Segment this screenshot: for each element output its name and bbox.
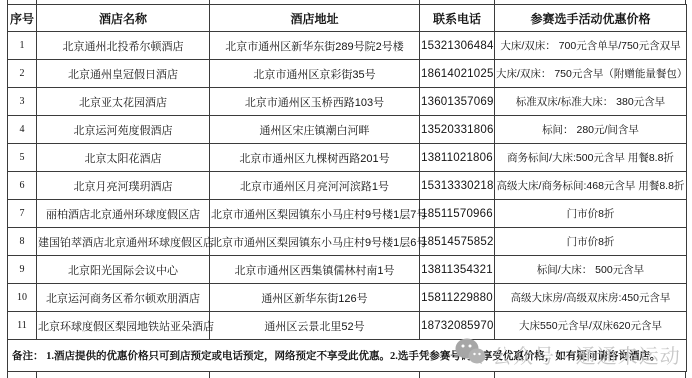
table-gridline-sliver: [36, 372, 37, 378]
cell-serial: 9: [8, 256, 37, 284]
table-row: 7丽柏酒店北京通州环球度假区店北京市通州区梨园镇东小马庄村9号楼1层7号1851…: [8, 200, 687, 228]
cell-phone: 13811021806: [420, 144, 495, 172]
table-row: 10北京运河商务区希尔顿欢朋酒店通州区新华东街126号15811229880高级…: [8, 284, 687, 312]
note-row: 备注： 1.酒店提供的优惠价格只可到店预定或电话预定，网络预定不享受此优惠。2.…: [8, 340, 687, 372]
table-body: 1北京通州北投希尔顿酒店北京市通州区新华东街289号院2号楼1532130648…: [8, 32, 687, 340]
cell-hotel-name: 北京太阳花酒店: [37, 144, 210, 172]
note-text: 备注： 1.酒店提供的优惠价格只可到店预定或电话预定，网络预定不享受此优惠。2.…: [8, 340, 687, 372]
cell-price: 标间： 280元/间含早: [495, 116, 687, 144]
cell-price: 大床/双床： 750元含早（附赠能量餐包）: [495, 60, 687, 88]
cell-address: 通州区宋庄镇潮白河畔: [210, 116, 420, 144]
cell-address: 北京市通州区玉桥西路103号: [210, 88, 420, 116]
cell-phone: 15811229880: [420, 284, 495, 312]
cell-phone: 13601357069: [420, 88, 495, 116]
cell-phone: 15321306484: [420, 32, 495, 60]
table-row: 6北京月亮河璞玥酒店北京市通州区月亮河河滨路1号15313330218高级大床/…: [8, 172, 687, 200]
cell-hotel-name: 北京月亮河璞玥酒店: [37, 172, 210, 200]
cell-hotel-name: 北京亚太花园酒店: [37, 88, 210, 116]
cell-address: 北京市通州区新华东街289号院2号楼: [210, 32, 420, 60]
table-row: 9北京阳光国际会议中心北京市通州区西集镇儒林村南1号13811354321标间/…: [8, 256, 687, 284]
cell-price: 大床550元含早/双床620元含早: [495, 312, 687, 340]
cell-hotel-name: 北京阳光国际会议中心: [37, 256, 210, 284]
header-row: 序号 酒店名称 酒店地址 联系电话 参赛选手活动优惠价格: [8, 5, 687, 32]
cell-price: 高级大床房/高级双床房:450元含早: [495, 284, 687, 312]
cell-hotel-name: 北京通州北投希尔顿酒店: [37, 32, 210, 60]
table-row: 5北京太阳花酒店北京市通州区九棵树西路201号13811021806商务标间/大…: [8, 144, 687, 172]
table-row: 3北京亚太花园酒店北京市通州区玉桥西路103号13601357069标准双床/标…: [8, 88, 687, 116]
table-row: 4北京运河苑度假酒店通州区宋庄镇潮白河畔13520331806标间： 280元/…: [8, 116, 687, 144]
table-row: 1北京通州北投希尔顿酒店北京市通州区新华东街289号院2号楼1532130648…: [8, 32, 687, 60]
cell-address: 北京市通州区西集镇儒林村南1号: [210, 256, 420, 284]
cell-serial: 3: [8, 88, 37, 116]
cell-price: 标间/大床： 500元含早: [495, 256, 687, 284]
table-gridline-sliver: [419, 372, 420, 378]
cell-hotel-name: 北京运河商务区希尔顿欢朋酒店: [37, 284, 210, 312]
header-serial: 序号: [8, 5, 37, 32]
cell-phone: 13811354321: [420, 256, 495, 284]
table-gridline-sliver: [209, 372, 210, 378]
header-address: 酒店地址: [210, 5, 420, 32]
cell-address: 北京市通州区九棵树西路201号: [210, 144, 420, 172]
header-phone: 联系电话: [420, 5, 495, 32]
cell-hotel-name: 建国铂萃酒店北京通州环球度假区店: [37, 228, 210, 256]
header-name: 酒店名称: [37, 5, 210, 32]
cell-price: 大床/双床： 700元含单早/750元含双早: [495, 32, 687, 60]
cell-hotel-name: 丽柏酒店北京通州环球度假区店: [37, 200, 210, 228]
cell-hotel-name: 北京运河苑度假酒店: [37, 116, 210, 144]
cell-phone: 18732085970: [420, 312, 495, 340]
cell-address: 通州区新华东街126号: [210, 284, 420, 312]
cell-price: 高级大床/商务标间:468元含早 用餐8.8折: [495, 172, 687, 200]
cell-serial: 7: [8, 200, 37, 228]
table-row: 2北京通州皇冠假日酒店北京市通州区京彩街35号18614021025大床/双床：…: [8, 60, 687, 88]
cell-serial: 6: [8, 172, 37, 200]
header-price: 参赛选手活动优惠价格: [495, 5, 687, 32]
cell-serial: 2: [8, 60, 37, 88]
cell-serial: 11: [8, 312, 37, 340]
cell-address: 北京市通州区梨园镇东小马庄村9号楼1层7号: [210, 200, 420, 228]
cell-price: 商务标间/大床:500元含早 用餐8.8折: [495, 144, 687, 172]
cell-serial: 8: [8, 228, 37, 256]
cell-phone: 15313330218: [420, 172, 495, 200]
cell-phone: 18514575852: [420, 228, 495, 256]
cell-address: 北京市通州区京彩街35号: [210, 60, 420, 88]
hotel-price-table: 序号 酒店名称 酒店地址 联系电话 参赛选手活动优惠价格 1北京通州北投希尔顿酒…: [7, 4, 687, 372]
cell-hotel-name: 北京通州皇冠假日酒店: [37, 60, 210, 88]
cell-phone: 13520331806: [420, 116, 495, 144]
cell-serial: 5: [8, 144, 37, 172]
cell-price: 标准双床/标准大床： 380元含早: [495, 88, 687, 116]
table-row: 8建国铂萃酒店北京通州环球度假区店北京市通州区梨园镇东小马庄村9号楼1层6号18…: [8, 228, 687, 256]
cell-price: 门市价8折: [495, 200, 687, 228]
cell-serial: 10: [8, 284, 37, 312]
cell-hotel-name: 北京环球度假区梨园地铁站亚朵酒店: [37, 312, 210, 340]
cell-address: 通州区云景北里52号: [210, 312, 420, 340]
cell-address: 北京市通州区月亮河河滨路1号: [210, 172, 420, 200]
cell-phone: 18511570966: [420, 200, 495, 228]
table-gridline-sliver: [685, 372, 686, 378]
cell-address: 北京市通州区梨园镇东小马庄村9号楼1层6号: [210, 228, 420, 256]
cell-phone: 18614021025: [420, 60, 495, 88]
table-row: 11北京环球度假区梨园地铁站亚朵酒店通州区云景北里52号18732085970大…: [8, 312, 687, 340]
cell-serial: 1: [8, 32, 37, 60]
table-gridline-sliver: [7, 372, 8, 378]
cell-price: 门市价8折: [495, 228, 687, 256]
cell-serial: 4: [8, 116, 37, 144]
table-gridline-sliver: [494, 372, 495, 378]
